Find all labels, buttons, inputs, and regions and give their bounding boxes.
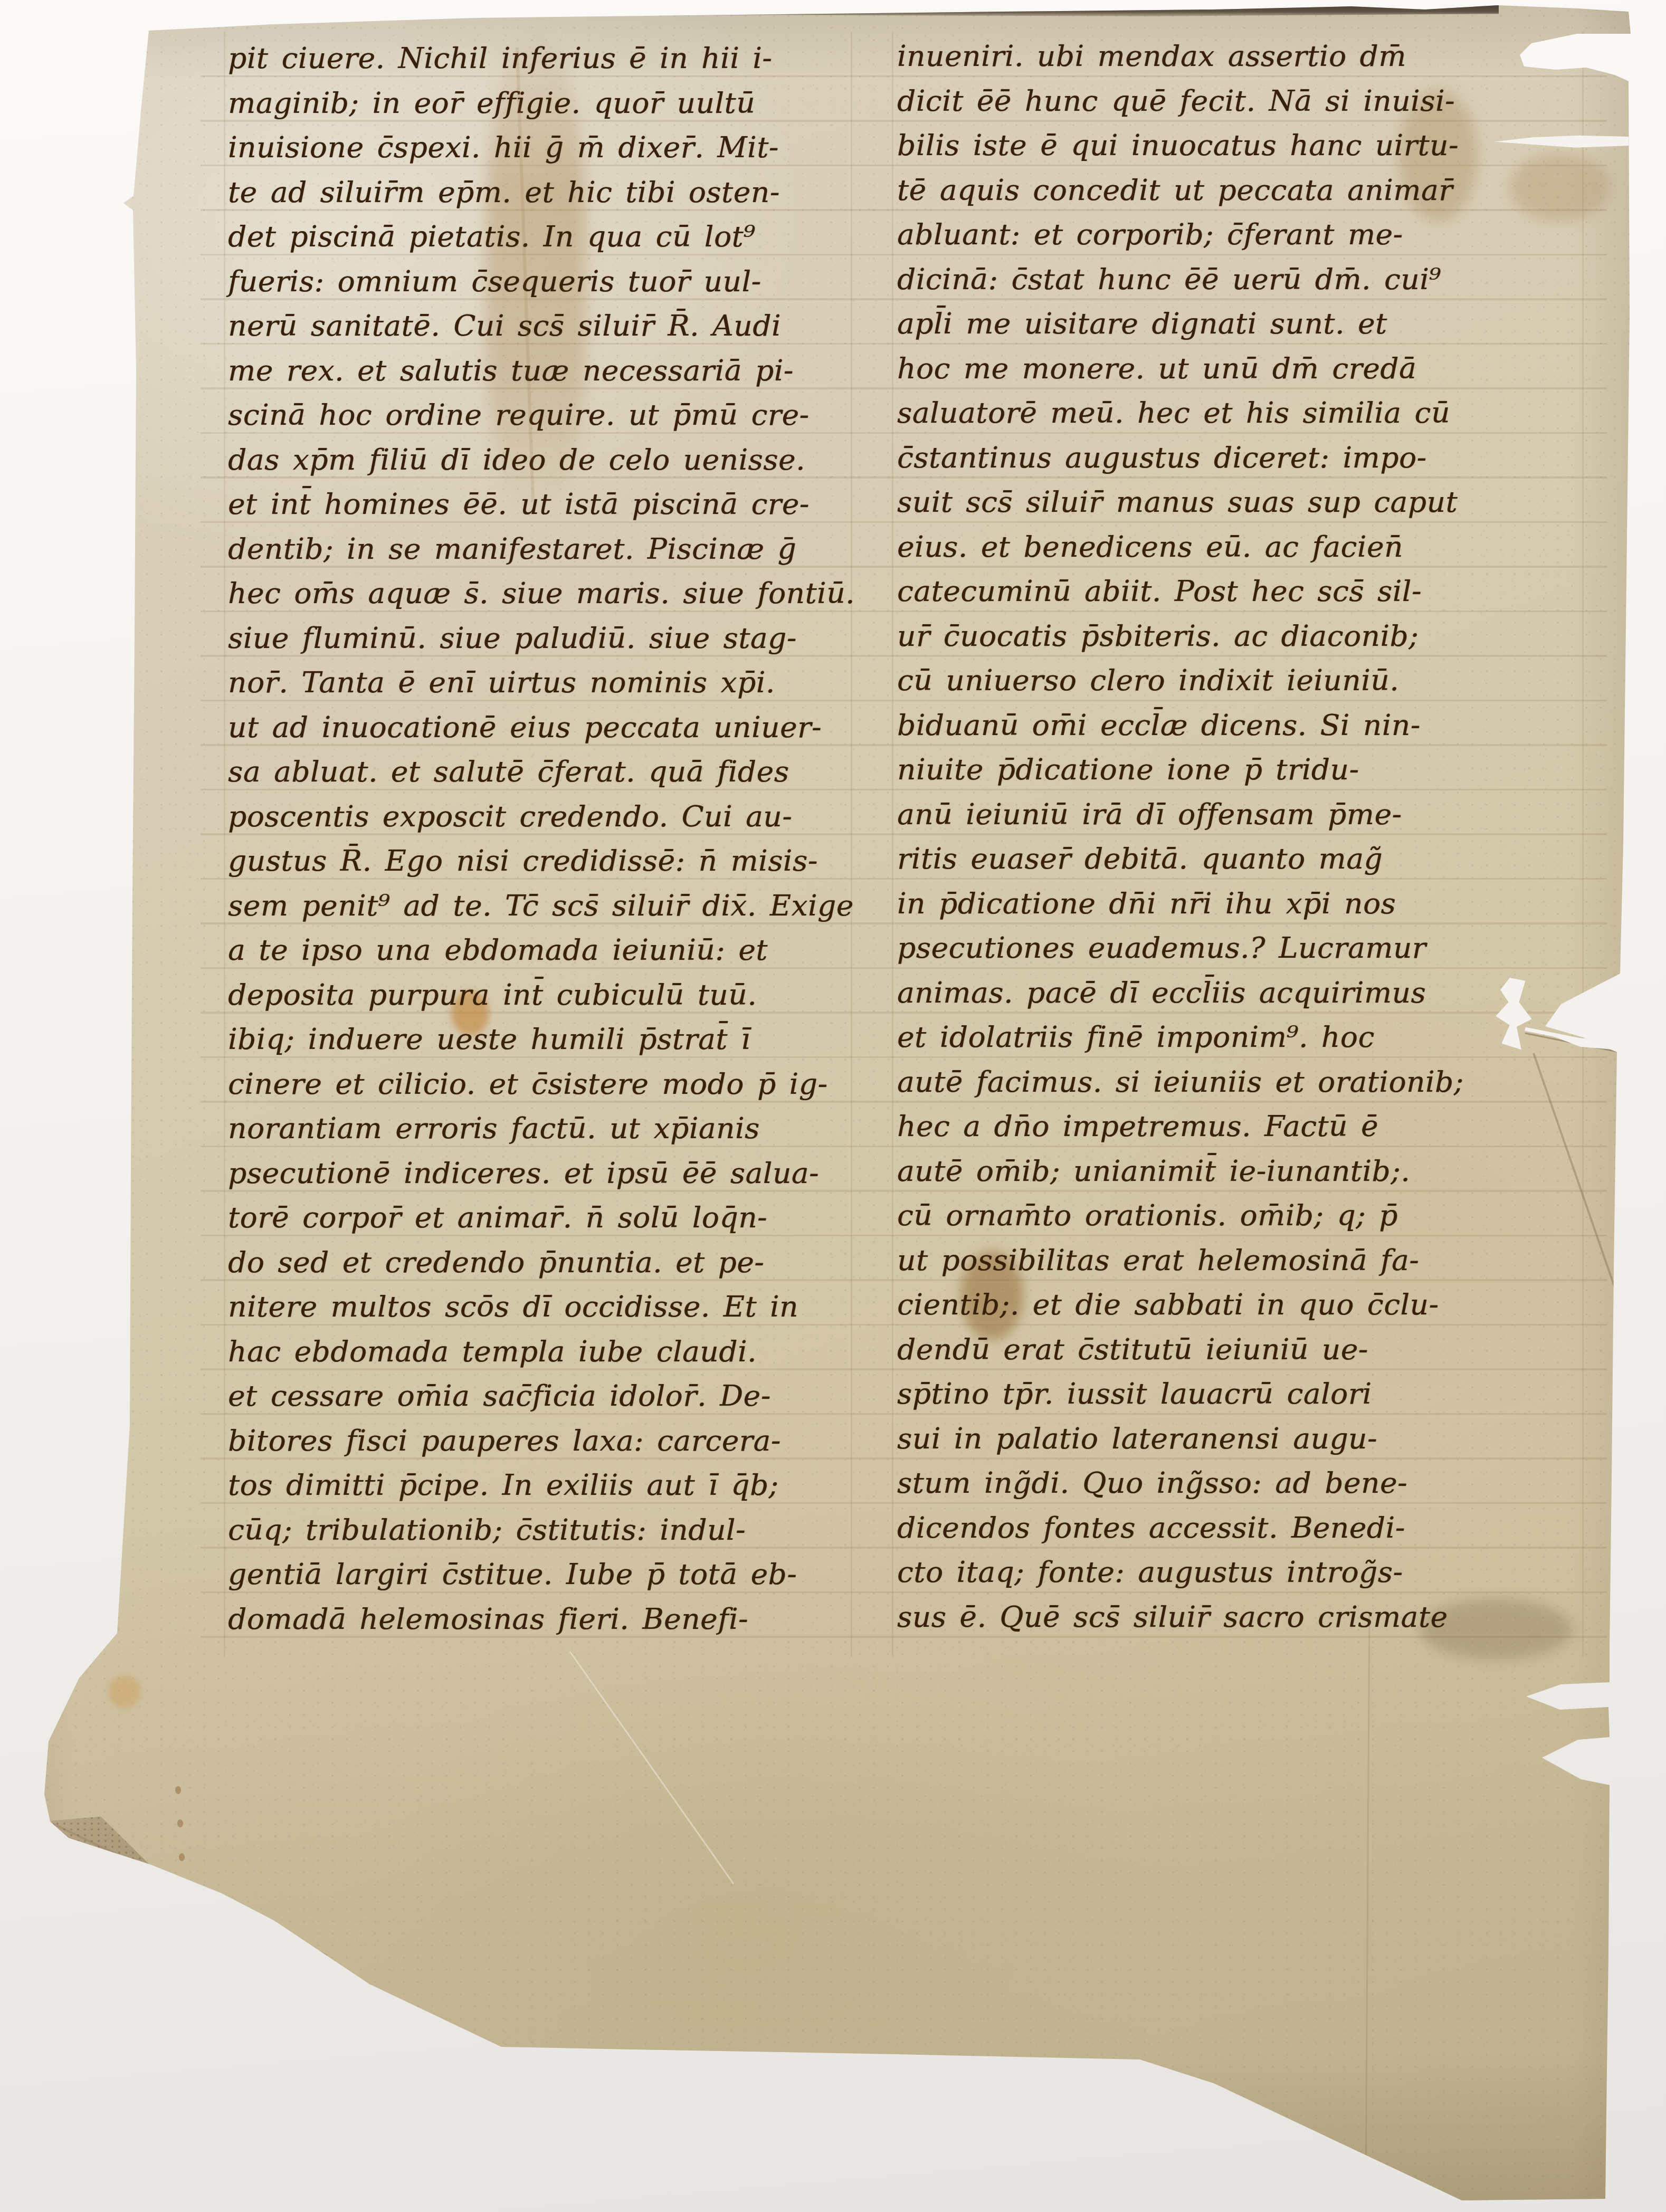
manuscript-text-line: fueris: omnium c̄sequeris tuor̄ uul- (228, 259, 851, 304)
manuscript-text-line: nor̄. Tanta ē enī uirtus nominis xp̄i. (228, 660, 851, 705)
ink-fleck (46, 263, 55, 273)
manuscript-leaf: pit ciuere. Nichil inferius ē in hii i-m… (0, 0, 1666, 2212)
manuscript-text-line: hec om̄s aquæ s̄. siue maris. siue fonti… (228, 571, 851, 616)
manuscript-text-line: catecuminū abiit. Post hec scs̄ sil- (897, 569, 1583, 614)
manuscript-text-line: sus ē. Quē scs̄ siluir̄ sacro crismate (897, 1595, 1583, 1639)
ruling-vertical-right-inner (892, 32, 893, 1657)
manuscript-text-line: abluant: et corporib; c̄ferant me- (897, 212, 1583, 257)
manuscript-text-line: ibiq; induere ueste humili p̄strat̄ ī (228, 1017, 851, 1062)
manuscript-text-line: cientib;. et die sabbati in quo c̄clu- (897, 1282, 1583, 1327)
manuscript-text-line: ut possibilitas erat helemosinā fa- (897, 1238, 1583, 1283)
manuscript-text-line: sp̄tino tp̄r. iussit lauacrū calori (897, 1371, 1583, 1416)
text-column-right: inueniri. ubi mendax assertio dm̄dicit ē… (897, 34, 1583, 1639)
manuscript-text-line: et idolatriis finē imponim⁹. hoc (897, 1015, 1583, 1060)
manuscript-text-line: autē facimus. si ieiuniis et orationib; (897, 1060, 1583, 1104)
manuscript-text-line: cinere et cilicio. et c̄sistere modo p̄ … (228, 1062, 851, 1107)
manuscript-text-line: dentib; in se manifestaret. Piscinæ ḡ (228, 527, 851, 571)
manuscript-text-line: ut ad inuocationē eius peccata uniuer- (228, 705, 851, 750)
manuscript-text-line: nerū sanitatē. Cui scs̄ siluir̄ R̄. Audi (228, 303, 851, 348)
manuscript-text-line: c̄stantinus augustus diceret: impo- (897, 435, 1583, 480)
manuscript-text-line: cūq; tribulationib; c̄stitutis: indul- (228, 1508, 851, 1552)
manuscript-text-line: poscentis exposcit credendo. Cui au- (228, 794, 851, 839)
manuscript-text-line: hec a dn̄o impetremus. Factū ē (897, 1104, 1583, 1149)
manuscript-text-line: dicendos fontes accessit. Benedi- (897, 1505, 1583, 1550)
manuscript-text-line: animas. pacē dī eccl̄iis acquirimus (897, 970, 1583, 1015)
manuscript-text-line: maginib; in eor̄ effigie. quor̄ uultū (228, 81, 851, 126)
manuscript-text-line: nitere multos scōs dī occidisse. Et in (228, 1284, 851, 1329)
manuscript-text-line: tē aquis concedit ut peccata animar̄ (897, 168, 1583, 213)
manuscript-text-line: sem penit⁹ ad te. Tc̄ scs̄ siluir̄ dix̄.… (228, 883, 851, 928)
manuscript-text-line: a te ipso una ebdomada ieiuniū: et (228, 928, 851, 972)
manuscript-text-line: scinā hoc ordine require. ut p̄mū cre- (228, 393, 851, 437)
pricking-dot (175, 1786, 181, 1794)
manuscript-text-line: cto itaq; fonte: augustus introg̃s- (897, 1550, 1583, 1595)
manuscript-text-line: cū ornam̄to orationis. om̄ib; q; p̄ (897, 1193, 1583, 1238)
manuscript-text-line: stum ing̃di. Quo ing̃sso: ad bene- (897, 1461, 1583, 1505)
manuscript-text-line: hoc me monere. ut unū dm̄ credā (897, 346, 1583, 391)
manuscript-text-line: torē corpor̄ et animar̄. n̄ solū loq̄n- (228, 1195, 851, 1240)
manuscript-text-line: inuisione c̄spexi. hii ḡ m̄ dixer̄. Mit- (228, 125, 851, 170)
manuscript-text-line: bitores fisci pauperes laxa: carcera- (228, 1418, 851, 1463)
manuscript-text-line: anū ieiuniū irā dī offensam p̄me- (897, 792, 1583, 837)
manuscript-text-line: eius. et benedicens eū. ac facien̄ (897, 525, 1583, 569)
pricking-dot (179, 1853, 185, 1861)
manuscript-text-line: siue fluminū. siue paludiū. siue stag- (228, 616, 851, 661)
manuscript-text-line: me rex. et salutis tuæ necessariā pi- (228, 348, 851, 393)
manuscript-text-line: te ad siluir̄m ep̄m. et hic tibi osten- (228, 170, 851, 215)
scanner-background: pit ciuere. Nichil inferius ē in hii i-m… (0, 0, 1666, 2212)
manuscript-text-line: psecutiones euademus.? Lucramur (897, 926, 1583, 970)
manuscript-text-line: do sed et credendo p̄nuntia. et pe- (228, 1240, 851, 1285)
manuscript-text-line: saluatorē meū. hec et his similia cū (897, 390, 1583, 435)
manuscript-text-line: inueniri. ubi mendax assertio dm̄ (897, 34, 1583, 79)
ruling-vertical-left-outer (224, 32, 225, 1657)
manuscript-text-line: et int̄ homines ēē. ut istā piscinā cre- (228, 482, 851, 527)
manuscript-text-line: tos dimitti p̄cipe. In exiliis aut ī q̄b… (228, 1463, 851, 1508)
manuscript-text-line: gustus R̄. Ego nisi credidissē: n̄ misis… (228, 838, 851, 883)
pricking-dot (177, 1819, 183, 1827)
manuscript-text-line: niuite p̄dicatione ione p̄ tridu- (897, 747, 1583, 792)
manuscript-text-line: dicinā: c̄stat hunc ēē uerū dm̄. cui⁹ (897, 257, 1583, 302)
manuscript-text-line: biduanū om̄i eccl̄æ dicens. Si nin- (897, 703, 1583, 748)
manuscript-text-line: bilis iste ē qui inuocatus hanc uirtu- (897, 123, 1583, 168)
manuscript-text-line: psecutionē indiceres. et ipsū ēē salua- (228, 1151, 851, 1196)
manuscript-text-line: et cessare om̄ia sac̄ficia idolor̄. De- (228, 1374, 851, 1418)
manuscript-text-line: deposita purpura int̄ cubiculū tuū. (228, 972, 851, 1017)
ruling-vertical-left-inner (851, 32, 852, 1657)
manuscript-text-line: det piscinā pietatis. In qua cū lot⁹ (228, 214, 851, 259)
manuscript-text-line: ritis euaser̄ debitā. quanto mag̃ (897, 836, 1583, 881)
manuscript-text-line: autē om̄ib; unianimit̄ ie-iunantib;. (897, 1149, 1583, 1194)
manuscript-text-line: das xp̄m filiū dī ideo de celo uenisse. (228, 437, 851, 482)
manuscript-text-line: suit scs̄ siluir̄ manus suas sup caput (897, 480, 1583, 525)
manuscript-text-line: cū uniuerso clero indixit ieiuniū. (897, 658, 1583, 703)
manuscript-text-line: dendū erat c̄stitutū ieiuniū ue- (897, 1327, 1583, 1372)
manuscript-text-line: dicit ēē hunc quē fecit. Nā si inuisi- (897, 79, 1583, 123)
manuscript-text-line: ur̄ c̄uocatis p̄sbiteris. ac diaconib; (897, 614, 1583, 659)
text-column-left: pit ciuere. Nichil inferius ē in hii i-m… (228, 36, 851, 1641)
manuscript-text-line: hac ebdomada templa iube claudi. (228, 1329, 851, 1374)
manuscript-text-line: sui in palatio lateranensi augu- (897, 1416, 1583, 1461)
manuscript-text-line: in p̄dicatione dn̄i nr̄i ihu xp̄i nos (897, 881, 1583, 926)
manuscript-text-line: domadā helemosinas fieri. Benefi- (228, 1597, 851, 1642)
manuscript-text-line: sa abluat. et salutē c̄ferat. quā fides (228, 749, 851, 794)
manuscript-text-line: pit ciuere. Nichil inferius ē in hii i- (228, 36, 851, 81)
manuscript-text-line: gentiā largiri c̄stitue. Iube p̄ totā eb… (228, 1552, 851, 1597)
manuscript-text-line: norantiam erroris factū. ut xp̄ianis (228, 1106, 851, 1151)
manuscript-text-line: apl̄i me uisitare dignati sunt. et (897, 301, 1583, 346)
